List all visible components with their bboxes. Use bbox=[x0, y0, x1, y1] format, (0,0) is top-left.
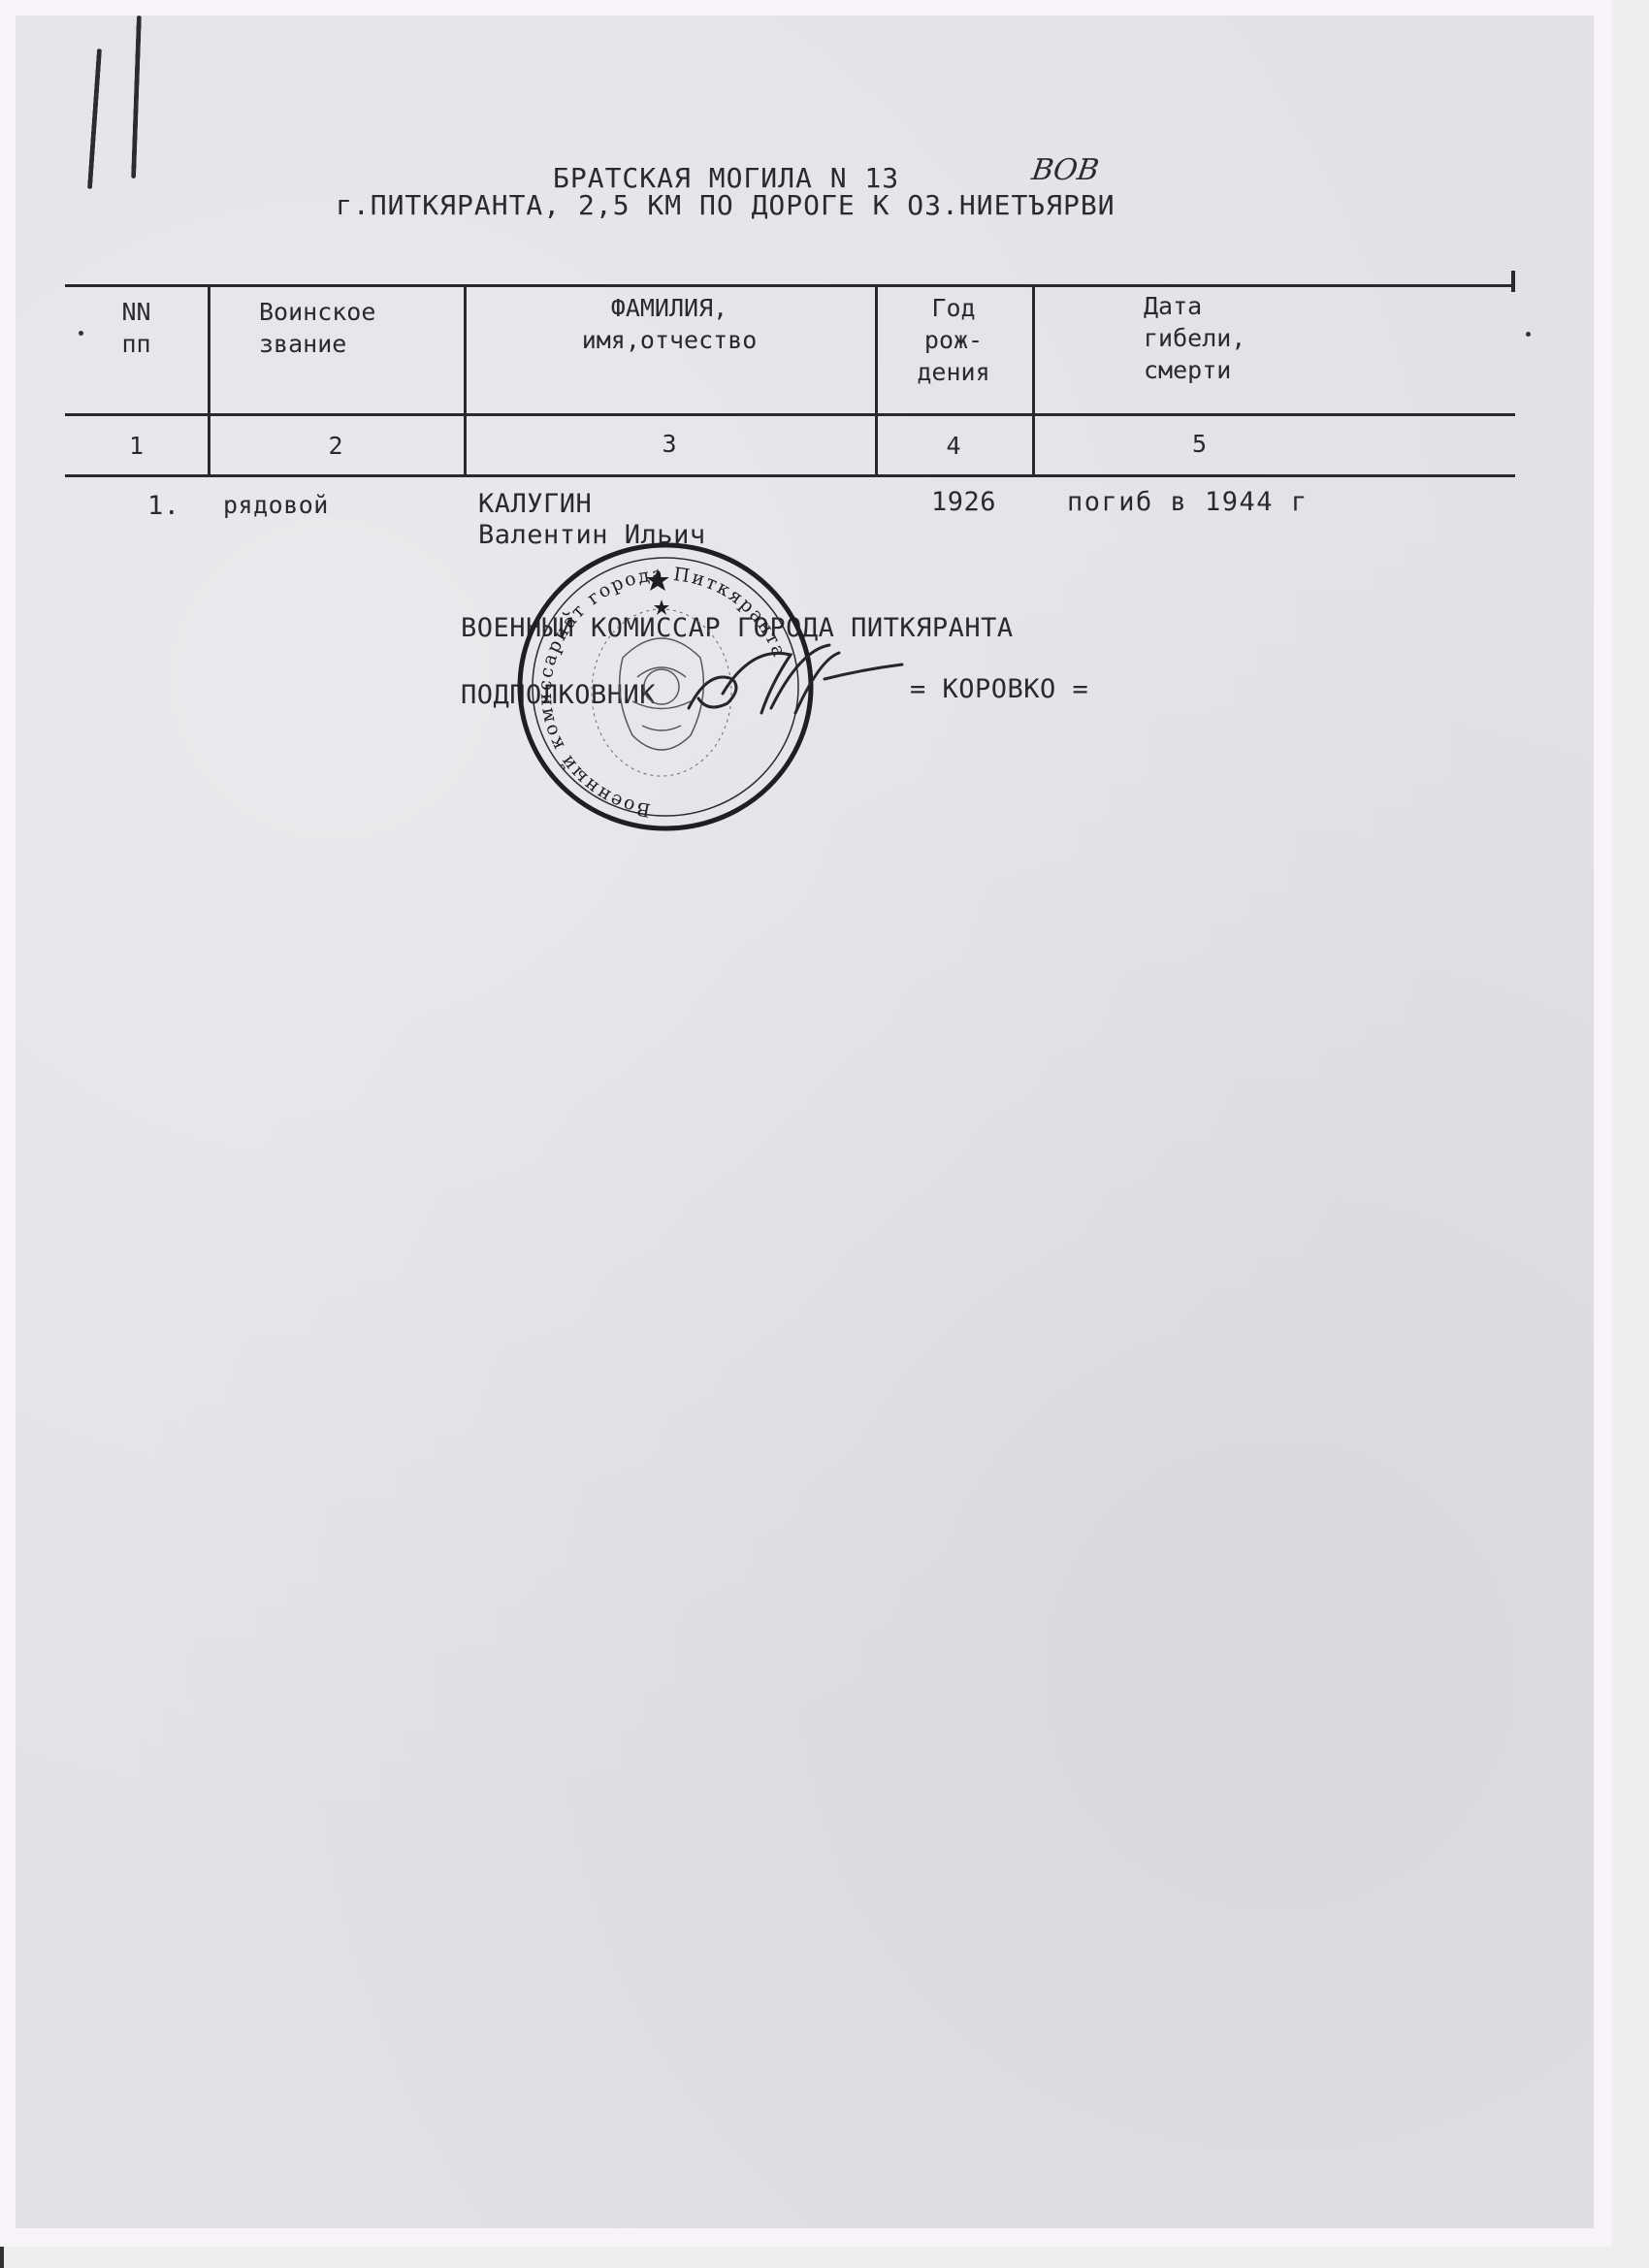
row-birth-year: 1926 bbox=[931, 489, 996, 515]
row-death: погиб в 1944 г bbox=[1067, 489, 1309, 515]
column-number: 4 bbox=[875, 432, 1032, 460]
header-birth-year: Год рож- дения bbox=[875, 292, 1032, 388]
header-death-date: Дата гибели, смерти bbox=[1144, 290, 1435, 386]
header-text: Дата bbox=[1144, 290, 1435, 322]
column-number: 1 bbox=[65, 432, 208, 460]
column-number: 5 bbox=[1032, 430, 1367, 458]
row-rank: рядовой bbox=[223, 493, 329, 517]
rank-label: ПОДПОЛКОВНИК bbox=[461, 682, 656, 708]
signatory-name: = КОРОВКО = bbox=[910, 676, 1088, 702]
scan-edge bbox=[0, 2247, 4, 2268]
header-number: NN пп bbox=[65, 296, 208, 360]
column-number: 2 bbox=[208, 432, 464, 460]
document-subtitle: г.ПИТКЯРАНТА, 2,5 КМ ПО ДОРОГЕ К ОЗ.НИЕТ… bbox=[336, 192, 1115, 219]
row-name-patronymic: Валентин Ильич bbox=[478, 522, 706, 548]
document-title: БРАТСКАЯ МОГИЛА N 13 bbox=[553, 165, 899, 192]
commissar-title: ВОЕННЫЙ КОМИССАР ГОРОДА ПИТКЯРАНТА bbox=[461, 615, 1014, 641]
header-text: дения bbox=[917, 356, 989, 388]
row-surname: КАЛУГИН bbox=[478, 491, 592, 517]
header-text: гибели, bbox=[1144, 322, 1435, 354]
table-corner-mark bbox=[1511, 271, 1515, 292]
table-header-rule bbox=[65, 413, 1515, 416]
header-text: NN bbox=[121, 296, 150, 328]
header-text: ФАМИЛИЯ, bbox=[611, 292, 727, 324]
header-text: смерти bbox=[1144, 354, 1435, 386]
table-top-rule bbox=[65, 284, 1515, 287]
header-text: рож- bbox=[924, 324, 983, 356]
table-bottom-rule bbox=[65, 474, 1515, 477]
burial-table: NN пп Воинское звание ФАМИЛИЯ, имя,отчес… bbox=[65, 284, 1515, 477]
header-text: звание bbox=[259, 328, 453, 360]
header-text: пп bbox=[121, 328, 150, 360]
handwritten-signature bbox=[679, 640, 912, 728]
header-rank: Воинское звание bbox=[259, 296, 453, 360]
header-fullname: ФАМИЛИЯ, имя,отчество bbox=[464, 292, 875, 356]
column-number: 3 bbox=[464, 430, 875, 458]
speck bbox=[1526, 332, 1531, 337]
header-text: Год bbox=[931, 292, 975, 324]
header-text: имя,отчество bbox=[582, 324, 758, 356]
header-text: Воинское bbox=[259, 296, 453, 328]
handwritten-note: ВОВ bbox=[1030, 153, 1102, 187]
row-number: 1. bbox=[147, 493, 180, 519]
